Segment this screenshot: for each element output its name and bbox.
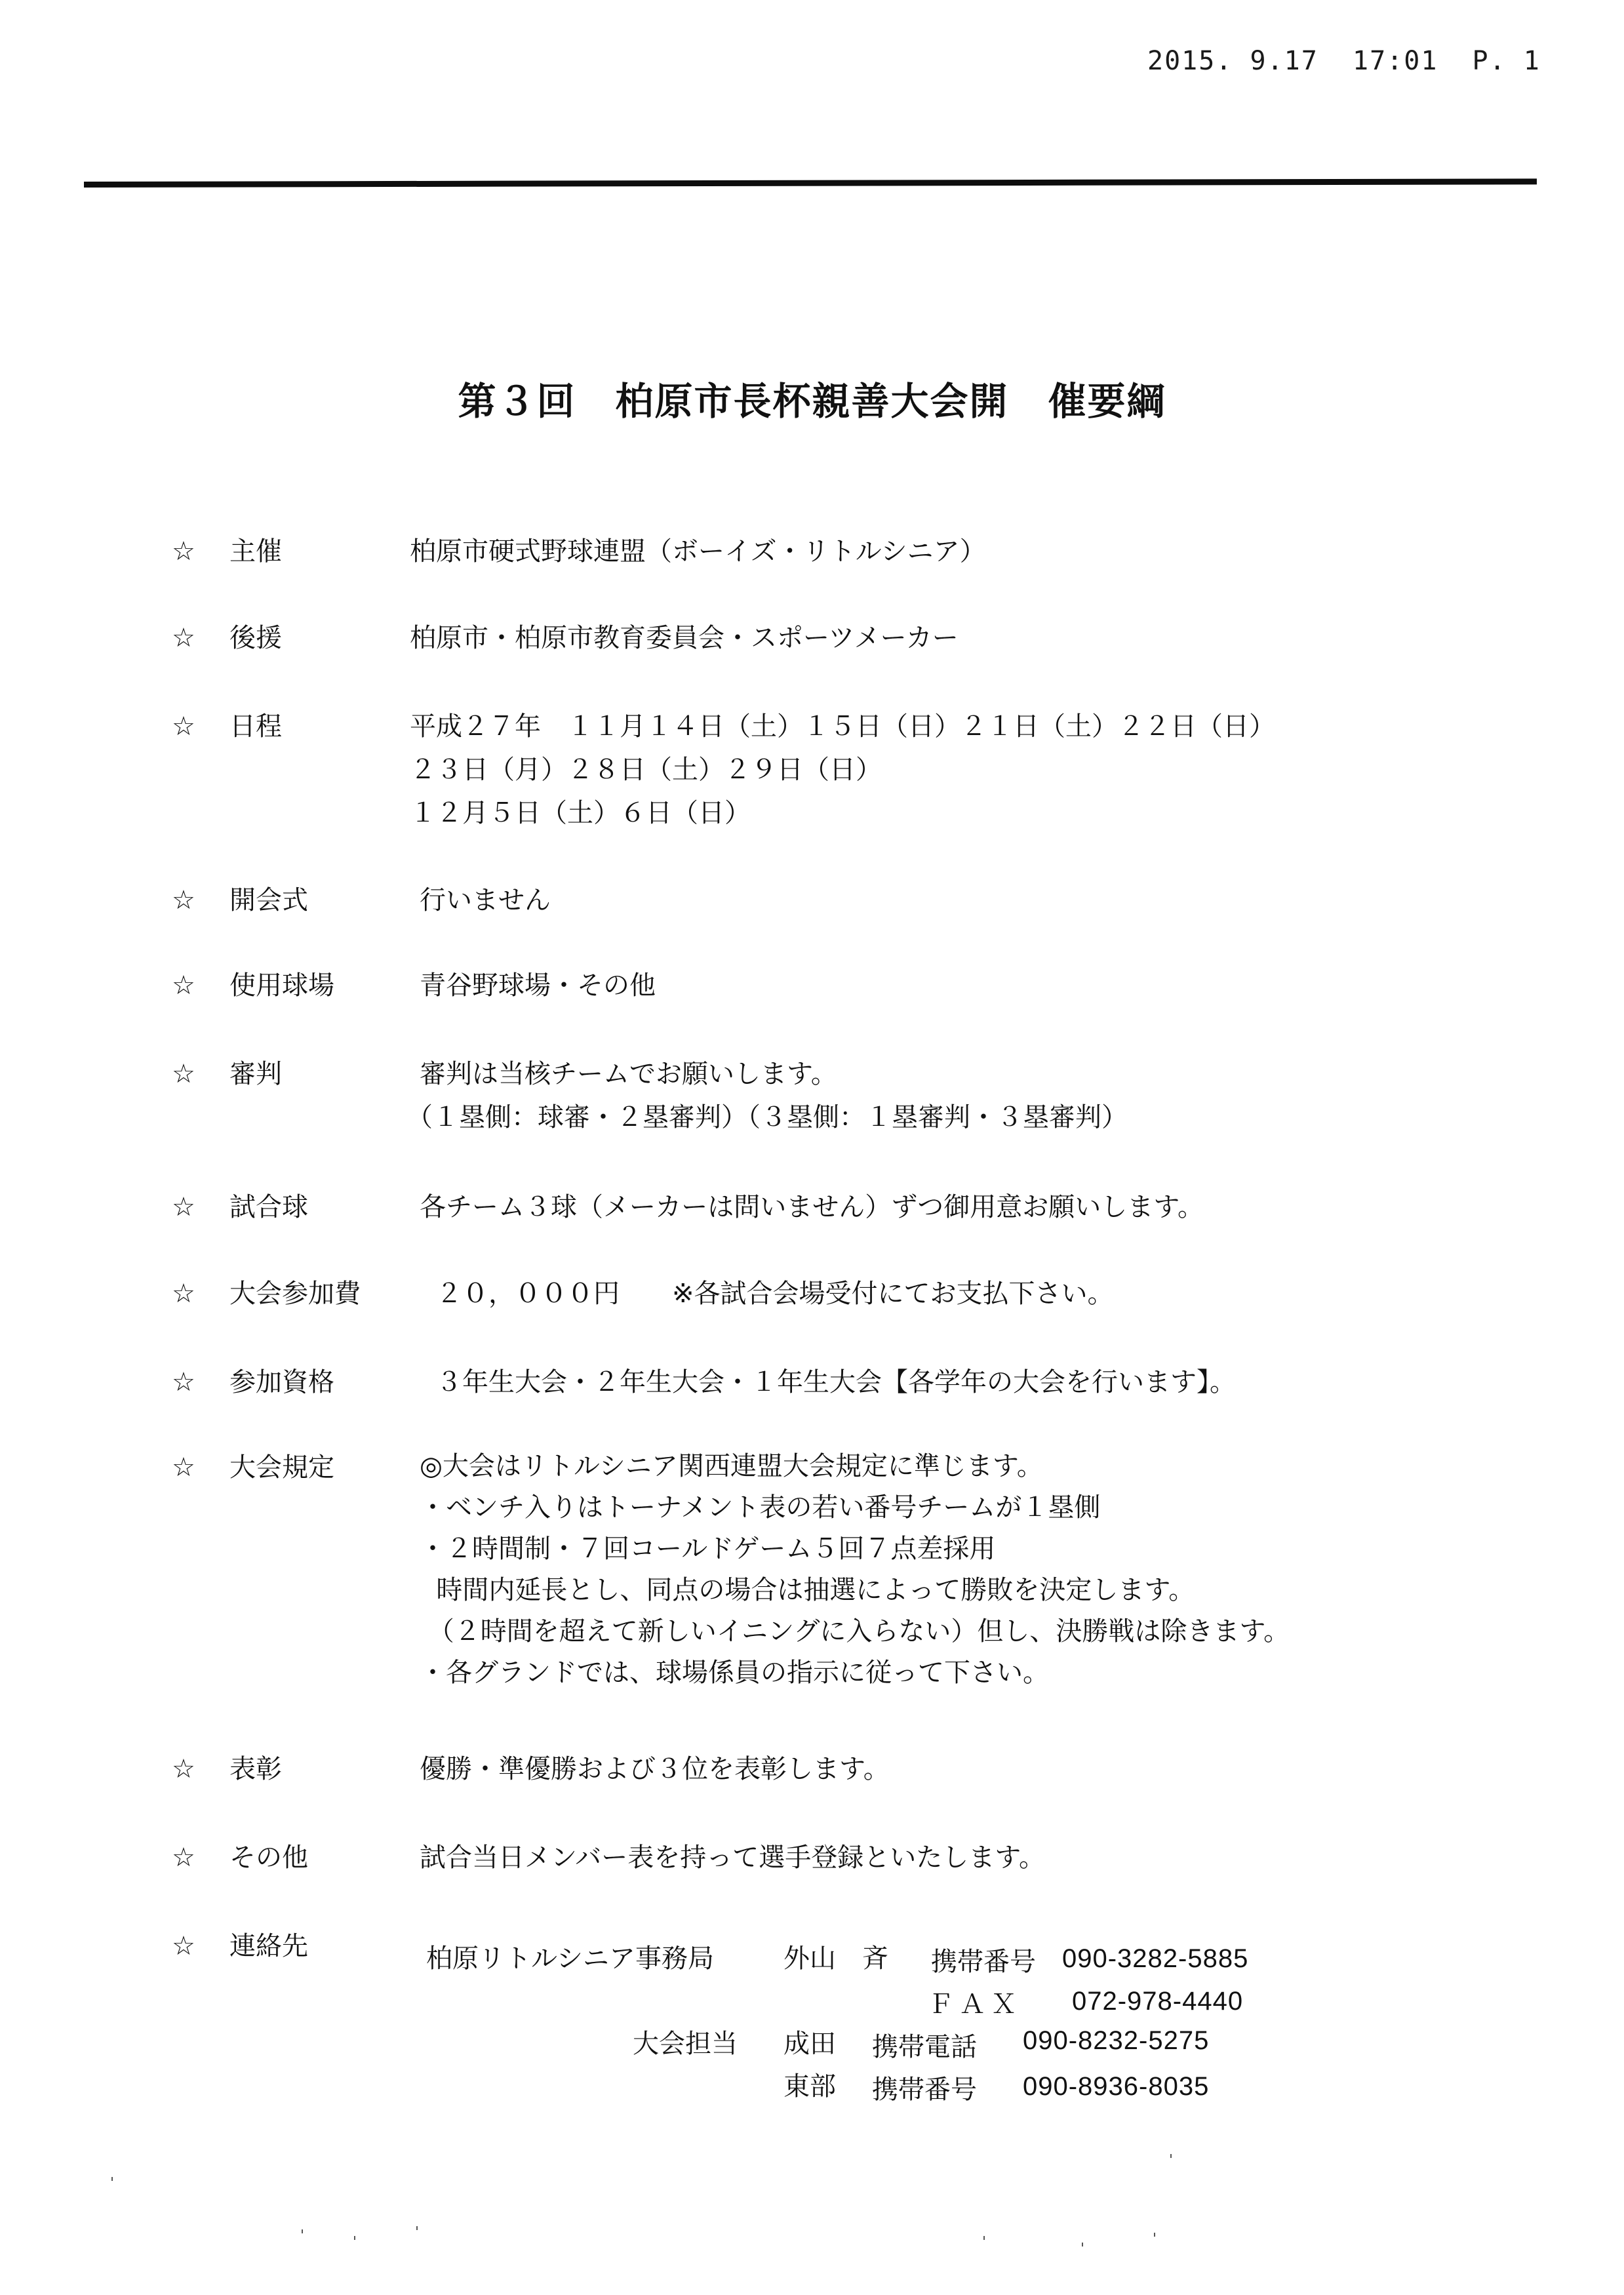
value-line: （１塁側：球審・２塁審判）（３塁側：１塁審判・３塁審判） <box>406 1096 1128 1139</box>
value-line: 柏原市・柏原市教育委員会・スポーツメーカー <box>410 616 959 660</box>
contact-type: 携帯番号 <box>872 2069 977 2106</box>
section-label: 日程 <box>229 705 282 748</box>
star-bullet-icon: ☆ <box>172 1836 195 1879</box>
section-value: 青谷野球場・その他 <box>420 964 656 1007</box>
fax-header-timestamp: 2015. 9.17 17:01 P. 1 <box>1147 46 1541 76</box>
contact-name: 成田 <box>783 2023 836 2060</box>
section-value: ２０，０００円 ※各試合会場受付にてお支払下さい。 <box>436 1272 1114 1315</box>
value-line: 行いません <box>420 879 551 922</box>
star-bullet-icon: ☆ <box>172 1925 195 1968</box>
contact-fax: 072-978-4440 <box>1072 1987 1243 2016</box>
value-line: （２時間を超えて新しいイニングに入らない）但し、決勝戦は除きます。 <box>420 1611 1290 1652</box>
contact-name: 外山 斉 <box>783 1938 888 1975</box>
star-bullet-icon: ☆ <box>172 1747 195 1791</box>
star-bullet-icon: ☆ <box>172 1446 195 1489</box>
value-line: 青谷野球場・その他 <box>420 964 656 1007</box>
section-label: 表彰 <box>229 1747 282 1791</box>
scan-noise <box>354 2236 355 2240</box>
header-rule <box>84 178 1537 188</box>
section-value: ◎大会はリトルシニア関西連盟大会規定に準じます。 ・ベンチ入りはトーナメント表の… <box>420 1446 1290 1694</box>
value-line: 審判は当核チームでお願いします。 <box>420 1052 1128 1096</box>
star-bullet-icon: ☆ <box>172 1361 195 1404</box>
section-label: 審判 <box>229 1052 282 1096</box>
value-line: ２３日（月）２８日（土）２９日（日） <box>410 748 1275 791</box>
scan-noise <box>302 2229 303 2233</box>
section-value: 柏原市硬式野球連盟（ボーイズ・リトルシニア） <box>410 530 986 573</box>
section-value: 平成２７年 １１月１４日（土）１５日（日）２１日（土）２２日（日） ２３日（月）… <box>410 705 1275 835</box>
star-bullet-icon: ☆ <box>172 616 195 660</box>
value-line: ◎大会はリトルシニア関西連盟大会規定に準じます。 <box>420 1446 1290 1487</box>
value-line: 平成２７年 １１月１４日（土）１５日（日）２１日（土）２２日（日） <box>410 705 1275 748</box>
value-line: 試合当日メンバー表を持って選手登録といたします。 <box>420 1836 1045 1879</box>
star-bullet-icon: ☆ <box>172 1272 195 1315</box>
section-value: ３年生大会・２年生大会・１年生大会【各学年の大会を行います】。 <box>436 1361 1236 1404</box>
star-bullet-icon: ☆ <box>172 1186 195 1229</box>
contact-org: 大会担当 <box>633 2023 738 2060</box>
value-line: ・ベンチ入りはトーナメント表の若い番号チームが１塁側 <box>420 1487 1290 1528</box>
section-label: 主催 <box>229 530 282 573</box>
section-label: 開会式 <box>229 879 308 922</box>
contact-type: 携帯電話 <box>872 2026 977 2064</box>
value-line: ・２時間制・７回コールドゲーム５回７点差採用 <box>420 1528 1290 1570</box>
scan-noise <box>983 2236 985 2240</box>
section-label: 試合球 <box>229 1186 308 1229</box>
section-label: 大会規定 <box>229 1446 334 1489</box>
contact-type: 携帯番号 <box>931 1941 1036 1978</box>
section-label: 使用球場 <box>229 964 334 1007</box>
contact-phone: 090-8232-5275 <box>1023 2026 1209 2056</box>
scan-noise <box>1154 2233 1155 2237</box>
section-label: 後援 <box>229 616 282 660</box>
contact-phone: 090-8936-8035 <box>1023 2072 1209 2102</box>
section-value: 優勝・準優勝および３位を表彰します。 <box>420 1747 890 1791</box>
section-value: 各チーム３球（メーカーは問いません）ずつ御用意お願いします。 <box>420 1186 1204 1229</box>
section-value: 審判は当核チームでお願いします。 （１塁側：球審・２塁審判）（３塁側：１塁審判・… <box>420 1052 1128 1139</box>
value-line: 柏原市硬式野球連盟（ボーイズ・リトルシニア） <box>410 530 986 573</box>
section-value: 行いません <box>420 879 551 922</box>
value-line: 各チーム３球（メーカーは問いません）ずつ御用意お願いします。 <box>420 1186 1204 1229</box>
star-bullet-icon: ☆ <box>172 1052 195 1096</box>
star-bullet-icon: ☆ <box>172 530 195 573</box>
contact-org: 柏原リトルシニア事務局 <box>426 1938 714 1975</box>
section-value: 試合当日メンバー表を持って選手登録といたします。 <box>420 1836 1045 1879</box>
scan-noise <box>416 2226 418 2230</box>
section-value: 柏原市・柏原市教育委員会・スポーツメーカー <box>410 616 959 660</box>
contact-phone: 090-3282-5885 <box>1062 1944 1248 1974</box>
page-title: 第３回 柏原市長杯親善大会開 催要綱 <box>0 370 1624 426</box>
scan-noise <box>1170 2154 1172 2158</box>
section-label: 大会参加費 <box>229 1272 361 1315</box>
scan-noise <box>111 2177 113 2181</box>
section-label: その他 <box>229 1836 308 1879</box>
contact-type: ＦＡＸ <box>928 1984 1022 2021</box>
scan-noise <box>1082 2243 1083 2246</box>
star-bullet-icon: ☆ <box>172 964 195 1007</box>
contact-name: 東部 <box>783 2065 836 2103</box>
value-line: 時間内延長とし、同点の場合は抽選によって勝敗を決定します。 <box>420 1570 1290 1611</box>
value-line: １２月５日（土）６日（日） <box>410 791 1275 835</box>
star-bullet-icon: ☆ <box>172 879 195 922</box>
value-line: ３年生大会・２年生大会・１年生大会【各学年の大会を行います】。 <box>436 1361 1236 1404</box>
value-line: ・各グランドでは、球場係員の指示に従って下さい。 <box>420 1652 1290 1694</box>
section-label: 参加資格 <box>229 1361 334 1404</box>
star-bullet-icon: ☆ <box>172 705 195 748</box>
value-line: 優勝・準優勝および３位を表彰します。 <box>420 1747 890 1791</box>
section-label: 連絡先 <box>229 1925 308 1968</box>
value-line: ２０，０００円 ※各試合会場受付にてお支払下さい。 <box>436 1272 1114 1315</box>
